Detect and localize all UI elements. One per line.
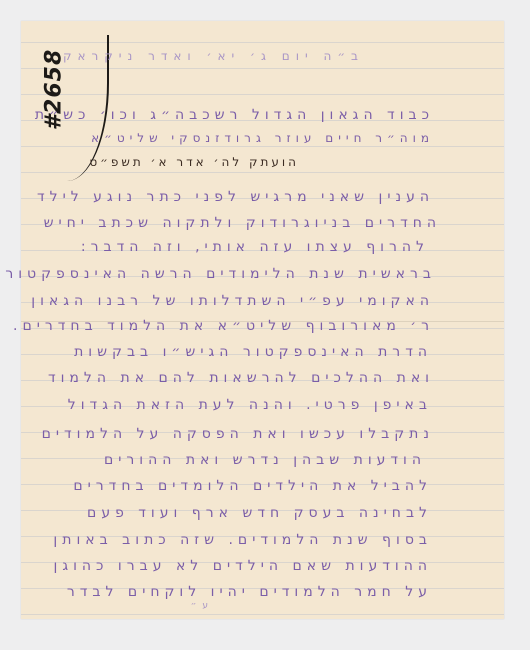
body-line-1: הענין שאני מרגיש לפני כתר נוגע לילד [37,189,434,205]
body-line-5: האקומי עפ״י השתדלותו של רבנו הגאון [31,293,434,309]
body-line-2: החדרים בניוגרודוק ולתקוה שכתב יחיש [44,215,441,231]
body-line-6: ר׳ מאורובוף שליט״א את הלמוד בחדרים. לפי [0,318,434,334]
body-line-4: בראשית שנת הלימודים הרשה האינספקטור [5,266,436,282]
body-line-3: להרוף עצתו עזה אותי, וזה הדבר: [81,239,429,255]
body-line-10: נתקבלו עכשו ואת הפסקה על הלמודים [42,426,434,442]
salutation-line-1: כבוד הגאון הגדול רשכבה״ג וכו׳ כש״ת [35,107,434,123]
salutation-line-2: מוה״ר חיים עוזר גרודזנסקי שליט״א [91,131,434,145]
body-line-12: להביל את הילדים הלומדים בחדרים [73,478,432,494]
archival-annotation: הועתק לה׳ אדר א׳ תשפ״ט [89,155,299,169]
continuation-mark: ע״ [191,601,214,611]
body-line-7: הדרת האינספקטור הגיש״ו בבקשות [74,344,432,360]
body-line-8: ואת ההלכים להרשאות להם את הלמוד [48,370,434,386]
body-line-15: ההודעות שאם הילדים לא עברו כהוגן [54,558,432,574]
body-line-13: לבחינה בעסק חדש ארף ועוד פעם [87,505,432,521]
body-line-16: על חמר הלמודים יהיו לוקחים לבדר [67,584,432,600]
letter-page: #2658 ב״ה יום ג׳ יא׳ ואדר ניקראק כבוד הג… [21,21,504,619]
date-line: ב״ה יום ג׳ יא׳ ואדר ניקראק [63,49,364,63]
body-line-11: הודעות שבהן נדרש ואת ההורים [104,452,426,468]
body-line-9: באיפן פרטי. והנה לעת הזאת הגדול [68,397,432,413]
body-line-14: בסוף שנת הלמודים. שזה כתוב באותן [53,532,432,548]
